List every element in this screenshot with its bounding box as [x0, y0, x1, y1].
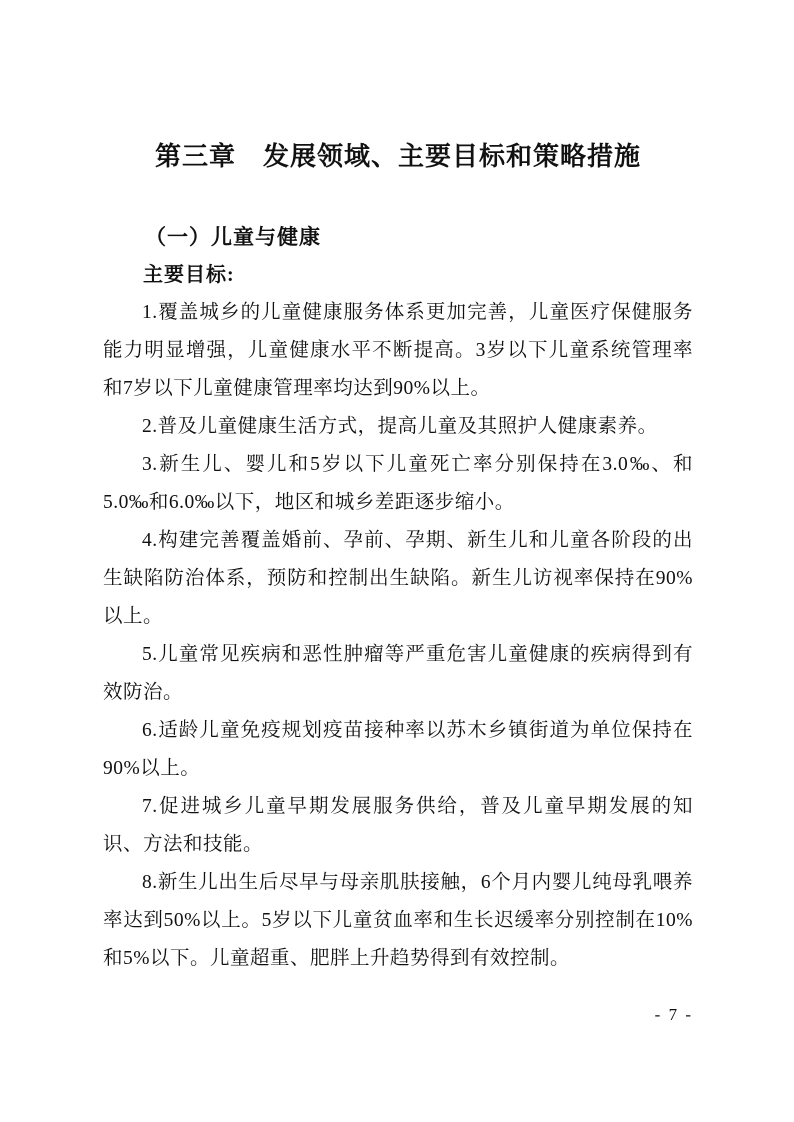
body-paragraph: 5.儿童常见疾病和恶性肿瘤等严重危害儿童健康的疾病得到有效防治。 — [103, 636, 693, 712]
body-paragraph: 7.促进城乡儿童早期发展服务供给，普及儿童早期发展的知识、方法和技能。 — [103, 788, 693, 864]
page-number: - 7 - — [655, 1003, 693, 1027]
body-paragraph: 1.覆盖城乡的儿童健康服务体系更加完善，儿童医疗保健服务能力明显增强，儿童健康水… — [103, 294, 693, 408]
body-paragraph: 8.新生儿出生后尽早与母亲肌肤接触，6个月内婴儿纯母乳喂养率达到50%以上。5岁… — [103, 864, 693, 978]
body-paragraph: 2.普及儿童健康生活方式，提高儿童及其照护人健康素养。 — [103, 408, 693, 446]
body-paragraph: 4.构建完善覆盖婚前、孕前、孕期、新生儿和儿童各阶段的出生缺陷防治体系，预防和控… — [103, 522, 693, 636]
body-paragraph: 6.适龄儿童免疫规划疫苗接种率以苏木乡镇街道为单位保持在90%以上。 — [103, 712, 693, 788]
goals-label: 主要目标: — [103, 256, 693, 294]
section-heading: （一）儿童与健康 — [103, 218, 693, 256]
page-content: 第三章 发展领域、主要目标和策略措施 （一）儿童与健康 主要目标: 1.覆盖城乡… — [103, 140, 693, 978]
chapter-title: 第三章 发展领域、主要目标和策略措施 — [103, 140, 693, 173]
document-page: 第三章 发展领域、主要目标和策略措施 （一）儿童与健康 主要目标: 1.覆盖城乡… — [0, 0, 794, 1122]
body-paragraph: 3.新生儿、婴儿和5岁以下儿童死亡率分别保持在3.0‰、和5.0‰和6.0‰以下… — [103, 446, 693, 522]
